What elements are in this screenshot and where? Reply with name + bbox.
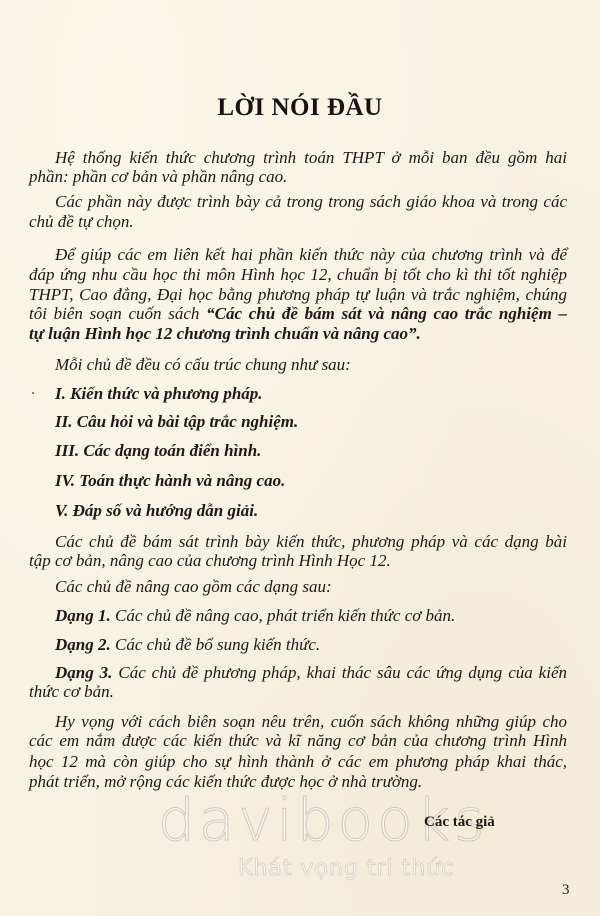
dang-item-2-label: Dạng 2. [55, 635, 111, 654]
paragraph-5-line-1: Các chủ đề bám sát trình bày kiến thức, … [55, 532, 567, 552]
structure-item-4: IV. Toán thực hành và nâng cao. [55, 471, 285, 491]
structure-item-5: V. Đáp số và hướng dẫn giải. [55, 501, 258, 521]
print-speck [32, 392, 34, 394]
watermark-slogan: Khát vọng tri thức [238, 856, 454, 881]
paragraph-4-line-1: Mỗi chủ đề đều có cấu trúc chung như sau… [55, 355, 567, 375]
dang-item-3-continuation: thức cơ bản. [29, 682, 567, 702]
paragraph-1-line-2: phần: phần cơ bản và phần nâng cao. [29, 167, 567, 187]
paragraph-7-line-1: Hy vọng với cách biên soạn nêu trên, cuố… [55, 712, 567, 732]
paragraph-6-line-1: Các chủ đề nâng cao gồm các dạng sau: [55, 577, 567, 597]
structure-item-2: II. Câu hỏi và bài tập trắc nghiệm. [55, 412, 298, 432]
dang-item-3-label: Dạng 3. [55, 663, 112, 682]
page-number: 3 [562, 882, 570, 899]
book-page: LỜI NÓI ĐẦU Hệ thống kiến thức chương tr… [0, 0, 600, 916]
paragraph-3-line-3: THPT, Cao đẳng, Đại học bằng phương pháp… [29, 285, 567, 305]
paragraph-1-line-1: Hệ thống kiến thức chương trình toán THP… [55, 148, 567, 168]
dang-item-3: Dạng 3. Các chủ đề phương pháp, khai thá… [55, 663, 567, 683]
paragraph-3-line-4: tôi biên soạn cuốn sách “Các chủ đề bám … [29, 304, 567, 324]
dang-item-2: Dạng 2. Các chủ đề bổ sung kiến thức. [55, 635, 567, 655]
paragraph-7-line-2: các em nắm được các kiến thức và kĩ năng… [29, 731, 567, 751]
structure-item-3: III. Các dạng toán điển hình. [55, 441, 261, 461]
paragraph-7-line-3: học 12 mà còn giúp cho sự hình thành ở c… [29, 752, 567, 772]
structure-item-1: I. Kiến thức và phương pháp. [55, 384, 263, 404]
paragraph-3-line-1: Để giúp các em liên kết hai phần kiến th… [55, 245, 567, 265]
dang-item-2-text: Các chủ đề bổ sung kiến thức. [111, 635, 320, 654]
signature: Các tác giả [424, 814, 495, 831]
dang-item-3-text: Các chủ đề phương pháp, khai thác sâu cá… [112, 663, 567, 682]
paragraph-3-line-4-text: tôi biên soạn cuốn sách [29, 304, 206, 323]
book-title-part-1: “Các chủ đề bám sát và nâng cao trắc ngh… [206, 304, 567, 323]
paragraph-2-line-2: chủ đề tự chọn. [29, 212, 567, 232]
dang-item-1: Dạng 1. Các chủ đề nâng cao, phát triển … [55, 606, 567, 626]
dang-item-1-text: Các chủ đề nâng cao, phát triển kiến thứ… [111, 606, 456, 625]
paragraph-2-line-1: Các phần này được trình bày cả trong tro… [55, 192, 567, 212]
paragraph-3-line-2: đáp ứng nhu cầu học thi môn Hình học 12,… [29, 265, 567, 285]
dang-item-1-label: Dạng 1. [55, 606, 111, 625]
paragraph-5-line-2: tập cơ bản, nâng cao của chương trình Hì… [29, 551, 567, 571]
page-title: LỜI NÓI ĐẦU [0, 94, 600, 122]
book-title-part-2: tự luận Hình học 12 chương trình chuẩn v… [29, 324, 567, 344]
